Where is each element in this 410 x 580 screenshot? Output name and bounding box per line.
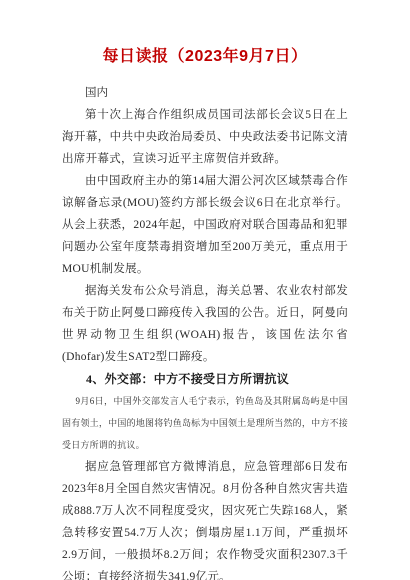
paragraph-customs-fmd-notice: 据海关发布公众号消息，海关总署、农业农村部发布关于防止阿曼口蹄疫传入我国的公告。… [62,280,348,368]
document-title: 每日读报（2023年9月7日） [62,44,348,70]
paragraph-disaster-report: 据应急管理部官方微博消息，应急管理部6日发布2023年8月全国自然灾害情况。8月… [62,456,348,580]
section-label: 国内 [62,82,348,104]
paragraph-sco-justice-meeting: 第十次上海合作组织成员国司法部长会议5日在上海开幕，中共中央政治局委员、中央政法… [62,104,348,170]
paragraph-diaoyu-statement: 9月6日，中国外交部发言人毛宁表示，钓鱼岛及其附属岛屿是中国固有领土，中国的地图… [62,390,348,456]
heading-foreign-ministry: 4、外交部：中方不接受日方所谓抗议 [62,368,348,390]
paragraph-mou-drug-control: 由中国政府主办的第14届大湄公河次区域禁毒合作谅解备忘录(MOU)签约方部长级会… [62,170,348,280]
document-page: 每日读报（2023年9月7日） 国内 第十次上海合作组织成员国司法部长会议5日在… [0,0,410,580]
